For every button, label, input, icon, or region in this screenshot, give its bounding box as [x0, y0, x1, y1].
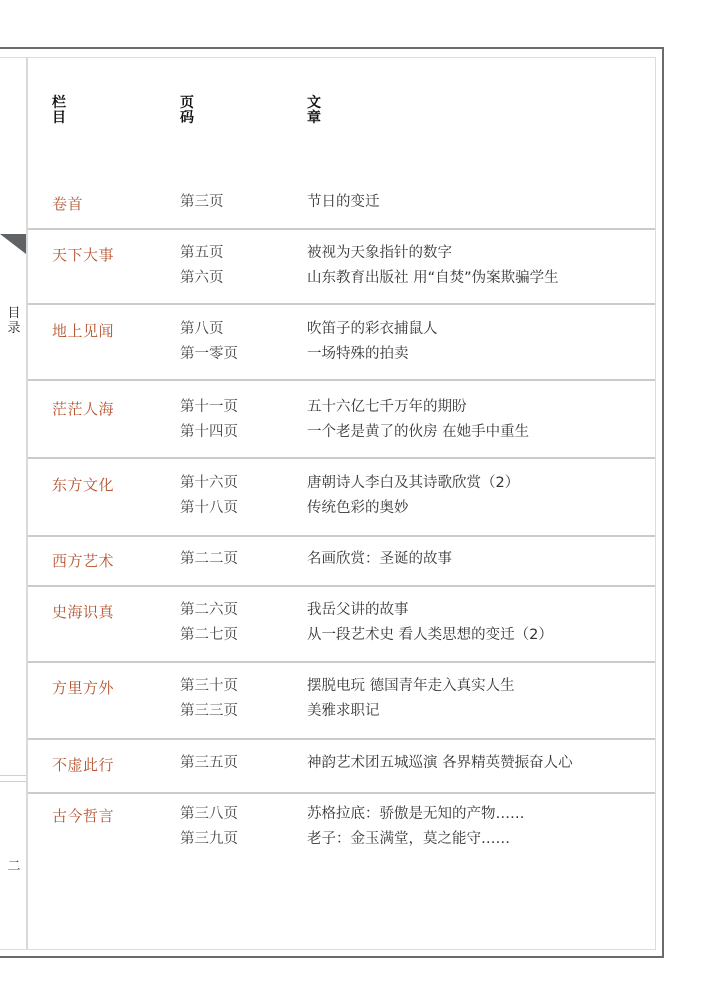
page-number: 第二六页: [180, 598, 238, 623]
article-title[interactable]: 被视为天象指针的数字: [307, 241, 559, 266]
article-title[interactable]: 摆脱电玩 德国青年走入真实人生: [307, 674, 515, 699]
article-titles: 神韵艺术团五城巡演 各界精英赞振奋人心: [307, 751, 573, 776]
section-name: 卷首: [52, 193, 83, 214]
section-name: 天下大事: [52, 244, 114, 265]
section-name: 古今哲言: [52, 805, 114, 826]
article-titles: 名画欣赏：圣诞的故事: [307, 547, 452, 572]
header-article: 文章: [307, 96, 323, 126]
side-divider-1: [0, 775, 26, 776]
page-numbers: 第二六页第二七页: [180, 598, 238, 648]
article-titles: 吹笛子的彩衣捕鼠人一场特殊的拍卖: [307, 317, 438, 367]
page-numbers: 第三十页第三三页: [180, 674, 238, 724]
article-title[interactable]: 传统色彩的奥妙: [307, 496, 519, 521]
page-numbers: 第三八页第三九页: [180, 802, 238, 852]
article-title[interactable]: 五十六亿七千万年的期盼: [307, 395, 529, 420]
tab-marker-icon: [0, 234, 26, 254]
section-name: 东方文化: [52, 474, 114, 495]
page-numbers: 第三页: [180, 190, 224, 215]
page-number: 第六页: [180, 266, 224, 291]
page-numbers: 第十六页第十八页: [180, 471, 238, 521]
article-title[interactable]: 美雅求职记: [307, 699, 515, 724]
article-title[interactable]: 一个老是黄了的伙房 在她手中重生: [307, 420, 529, 445]
header-column: 栏目: [52, 96, 68, 126]
row-divider: [28, 303, 655, 305]
section-name: 方里方外: [52, 677, 114, 698]
article-title[interactable]: 唐朝诗人李白及其诗歌欣赏（2）: [307, 471, 519, 496]
page-number: 第三页: [180, 190, 224, 215]
article-title[interactable]: 我岳父讲的故事: [307, 598, 553, 623]
header-page: 页码: [180, 96, 196, 126]
article-title[interactable]: 从一段艺术史 看人类思想的变迁（2）: [307, 623, 553, 648]
page-number: 第三九页: [180, 827, 238, 852]
page-numbers: 第八页第一零页: [180, 317, 238, 367]
page-number: 第十四页: [180, 420, 238, 445]
page-number: 第三五页: [180, 751, 238, 776]
page-number: 第十六页: [180, 471, 238, 496]
page-numbers: 第五页第六页: [180, 241, 224, 291]
article-titles: 节日的变迁: [307, 190, 380, 215]
section-name: 不虚此行: [52, 754, 114, 775]
section-name: 地上见闻: [52, 320, 114, 341]
page-number: 第五页: [180, 241, 224, 266]
row-divider: [28, 661, 655, 663]
page-number: 第三三页: [180, 699, 238, 724]
page-number-side-label: 二: [6, 859, 22, 874]
page-number: 第三十页: [180, 674, 238, 699]
toc-side-label: 目录: [6, 306, 22, 336]
article-titles: 五十六亿七千万年的期盼一个老是黄了的伙房 在她手中重生: [307, 395, 529, 445]
page-number: 第一零页: [180, 342, 238, 367]
article-titles: 苏格拉底：骄傲是无知的产物……老子：金玉满堂，莫之能守……: [307, 802, 525, 852]
article-title[interactable]: 苏格拉底：骄傲是无知的产物……: [307, 802, 525, 827]
row-divider: [28, 535, 655, 537]
page-number: 第二七页: [180, 623, 238, 648]
row-divider: [28, 228, 655, 230]
article-title[interactable]: 神韵艺术团五城巡演 各界精英赞振奋人心: [307, 751, 573, 776]
section-name: 史海识真: [52, 601, 114, 622]
row-divider: [28, 738, 655, 740]
section-name: 茫茫人海: [52, 398, 114, 419]
page-numbers: 第十一页第十四页: [180, 395, 238, 445]
article-title[interactable]: 节日的变迁: [307, 190, 380, 215]
row-divider: [28, 585, 655, 587]
article-title[interactable]: 老子：金玉满堂，莫之能守……: [307, 827, 525, 852]
article-titles: 被视为天象指针的数字山东教育出版社 用“自焚”伪案欺骗学生: [307, 241, 559, 291]
side-column-divider: [26, 58, 28, 949]
page-number: 第十八页: [180, 496, 238, 521]
page-number: 第二二页: [180, 547, 238, 572]
page-numbers: 第三五页: [180, 751, 238, 776]
row-divider: [28, 792, 655, 794]
side-divider-2: [0, 781, 26, 782]
page-number: 第八页: [180, 317, 238, 342]
row-divider: [28, 457, 655, 459]
page-number: 第十一页: [180, 395, 238, 420]
article-title[interactable]: 山东教育出版社 用“自焚”伪案欺骗学生: [307, 266, 559, 291]
row-divider: [28, 379, 655, 381]
article-title[interactable]: 名画欣赏：圣诞的故事: [307, 547, 452, 572]
article-titles: 摆脱电玩 德国青年走入真实人生美雅求职记: [307, 674, 515, 724]
page-number: 第三八页: [180, 802, 238, 827]
section-name: 西方艺术: [52, 550, 114, 571]
article-titles: 唐朝诗人李白及其诗歌欣赏（2）传统色彩的奥妙: [307, 471, 519, 521]
article-title[interactable]: 吹笛子的彩衣捕鼠人: [307, 317, 438, 342]
article-titles: 我岳父讲的故事从一段艺术史 看人类思想的变迁（2）: [307, 598, 553, 648]
article-title[interactable]: 一场特殊的拍卖: [307, 342, 438, 367]
page-numbers: 第二二页: [180, 547, 238, 572]
